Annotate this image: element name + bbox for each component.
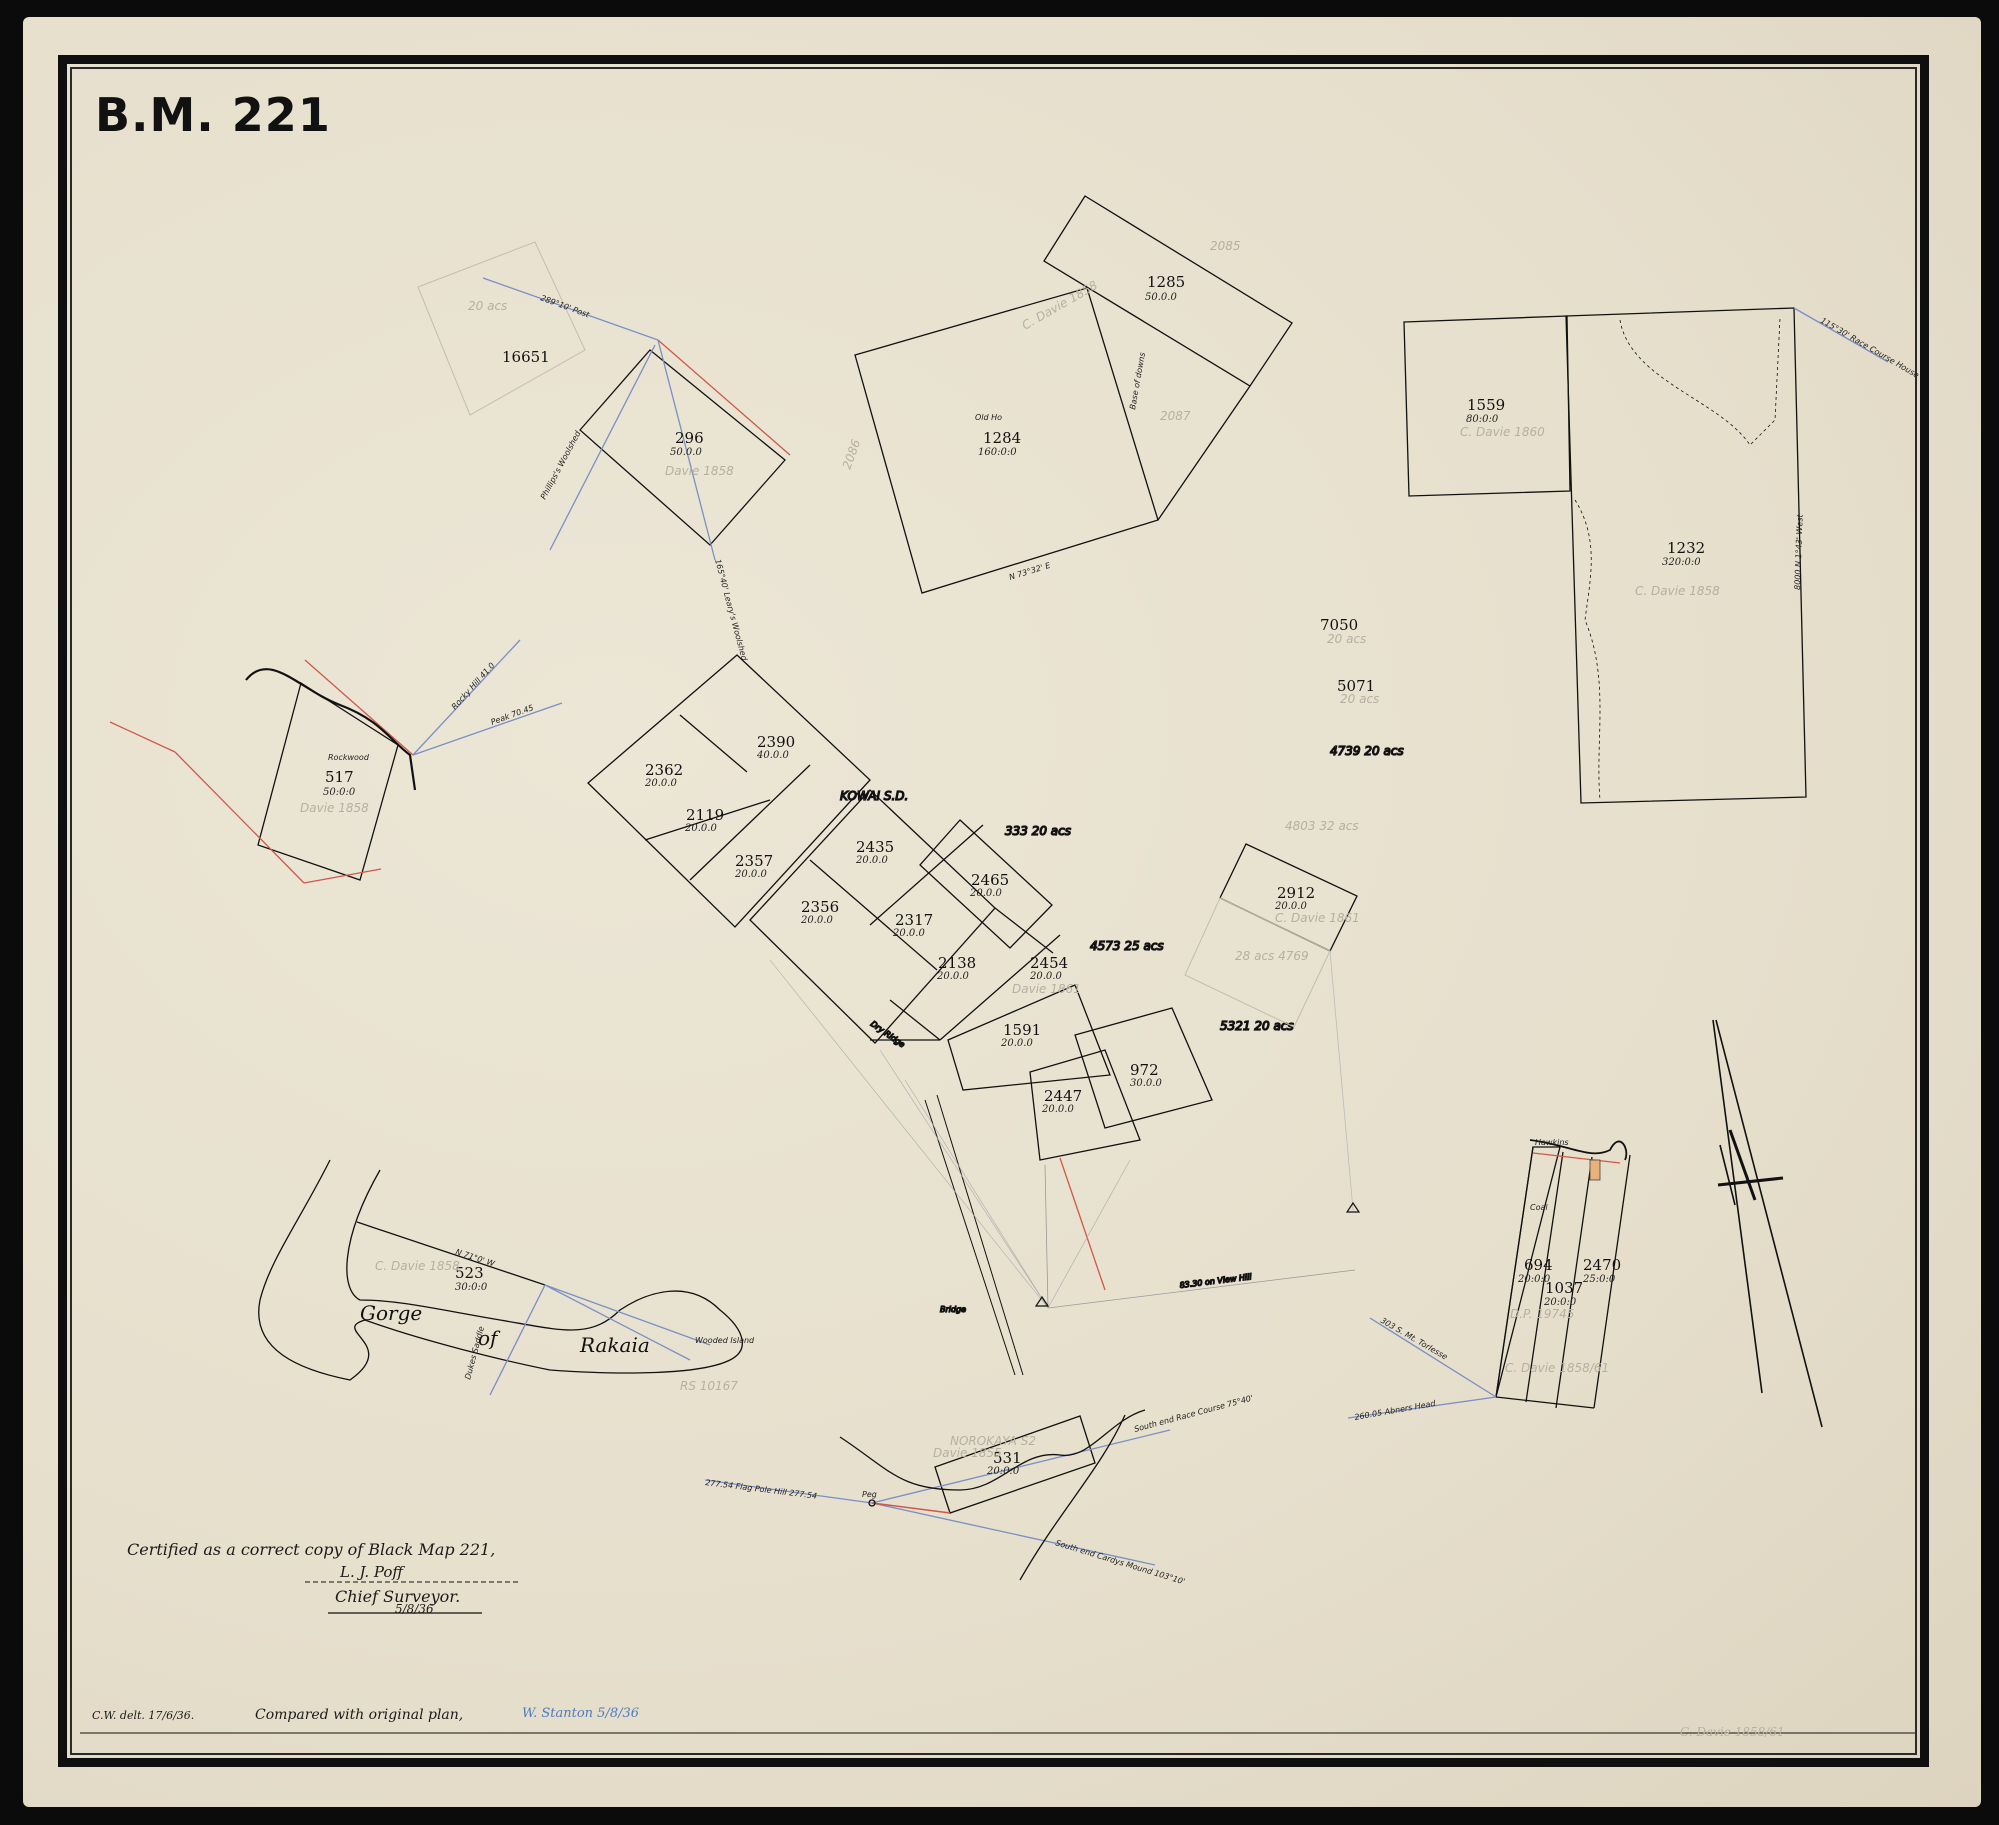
- lot-2362[interactable]: 236220.0.0: [644, 761, 683, 789]
- svg-text:2357: 2357: [735, 852, 773, 870]
- lot-2317[interactable]: 231720.0.0: [892, 911, 933, 939]
- lot-1559[interactable]: 1559 80:0:0 C. Davie 1860: [1404, 316, 1570, 496]
- lot-1591[interactable]: 159120.0.0: [1000, 1021, 1041, 1049]
- pencil-kowai: KOWAI S.D.: [840, 789, 908, 803]
- svg-text:2119: 2119: [686, 806, 724, 824]
- svg-text:2470: 2470: [1583, 1256, 1621, 1274]
- bridge-label: Bridge: [940, 1305, 966, 1314]
- svg-text:2465: 2465: [971, 871, 1009, 889]
- svg-text:20.0.0: 20.0.0: [892, 928, 925, 939]
- svg-text:2435: 2435: [856, 838, 894, 856]
- svg-text:1232: 1232: [1667, 539, 1705, 557]
- svg-text:C. Davie 1858: C. Davie 1858: [1635, 584, 1720, 598]
- svg-text:Davie 1855: Davie 1855: [933, 1446, 1002, 1460]
- svg-text:2317: 2317: [895, 911, 933, 929]
- svg-text:320:0:0: 320:0:0: [1662, 557, 1701, 568]
- pencil-4739: 4739 20 acs: [1330, 744, 1404, 758]
- lot-2454[interactable]: 245420.0.0Davie 1861: [1012, 954, 1081, 996]
- building-marker-icon: [1590, 1160, 1600, 1180]
- svg-text:Davie 1861: Davie 1861: [1012, 982, 1081, 996]
- svg-text:28 acs 4769: 28 acs 4769: [1235, 949, 1309, 963]
- svg-text:20.0.0: 20.0.0: [734, 869, 767, 880]
- svg-text:RS 10167: RS 10167: [680, 1379, 738, 1393]
- svg-text:C. Davie 1858: C. Davie 1858: [375, 1259, 460, 1273]
- svg-text:296: 296: [675, 429, 704, 447]
- lot-block-kowai: [588, 655, 1355, 1375]
- svg-text:16651: 16651: [502, 348, 550, 366]
- svg-text:1559: 1559: [1467, 396, 1505, 414]
- svg-text:Old Ho: Old Ho: [975, 413, 1002, 422]
- svg-text:20:0:0: 20:0:0: [1543, 1297, 1577, 1308]
- svg-text:50.0.0: 50.0.0: [670, 447, 702, 458]
- svg-text:2356: 2356: [801, 898, 839, 916]
- svg-text:C. Davie 1858: C. Davie 1858: [1020, 278, 1101, 333]
- lot-2356[interactable]: 235620.0.0: [800, 898, 839, 926]
- svg-text:C. Davie 1858/61: C. Davie 1858/61: [1505, 1361, 1609, 1375]
- svg-text:517: 517: [325, 768, 354, 786]
- svg-text:25:0:0: 25:0:0: [1582, 1274, 1616, 1285]
- lot-1284[interactable]: 1284 160:0:0 Old Ho C. Davie 1858 2087 2…: [840, 278, 1250, 593]
- svg-text:160:0:0: 160:0:0: [978, 447, 1017, 458]
- svg-text:2390: 2390: [757, 733, 795, 751]
- svg-text:8000 N 1°43' West: 8000 N 1°43' West: [1793, 513, 1805, 590]
- lot-2435[interactable]: 243520.0.0: [855, 838, 894, 866]
- lot-1037[interactable]: 103720:0:0: [1543, 1279, 1583, 1308]
- svg-text:277.54 Flag Pole Hill 277.54: 277.54 Flag Pole Hill 277.54: [705, 1478, 818, 1501]
- svg-text:20.0.0: 20.0.0: [1000, 1038, 1033, 1049]
- svg-text:1285: 1285: [1147, 273, 1185, 291]
- lot-296[interactable]: 296 50.0.0 Davie 1858 289°10' Post Phill…: [483, 278, 790, 662]
- svg-text:289°10' Post: 289°10' Post: [539, 293, 591, 319]
- svg-text:20 acs: 20 acs: [1340, 692, 1379, 706]
- certification-signature: L. J. Poff: [340, 1563, 403, 1581]
- svg-text:50.0.0: 50.0.0: [1145, 292, 1177, 303]
- svg-text:4803 32 acs: 4803 32 acs: [1285, 819, 1359, 833]
- svg-text:2447: 2447: [1044, 1087, 1082, 1105]
- svg-text:20.0.0: 20.0.0: [936, 971, 969, 982]
- lot-7050[interactable]: 7050 20 acs: [1320, 616, 1366, 646]
- svg-text:Coal: Coal: [1530, 1203, 1548, 1212]
- svg-text:30:0:0: 30:0:0: [455, 1282, 488, 1293]
- svg-text:20 acs: 20 acs: [1327, 632, 1366, 646]
- svg-text:115°30' Race Course House: 115°30' Race Course House: [1819, 316, 1921, 380]
- compared-signature: W. Stanton 5/8/36: [522, 1706, 639, 1721]
- svg-text:C. Davie 1860: C. Davie 1860: [1460, 425, 1545, 439]
- svg-text:972: 972: [1130, 1061, 1159, 1079]
- draughtsman-note: C.W. delt. 17/6/36.: [92, 1709, 194, 1722]
- lot-2119[interactable]: 211920.0.0: [684, 806, 724, 834]
- svg-text:Rockwood: Rockwood: [328, 753, 370, 762]
- svg-text:Phillips's Woolshed: Phillips's Woolshed: [539, 429, 583, 501]
- svg-text:2086: 2086: [840, 437, 864, 471]
- svg-text:694: 694: [1524, 1256, 1553, 1274]
- svg-text:Wooded Island: Wooded Island: [695, 1336, 755, 1345]
- svg-text:30.0.0: 30.0.0: [1130, 1078, 1162, 1089]
- svg-text:2087: 2087: [1160, 409, 1191, 423]
- svg-text:Davie 1858: Davie 1858: [665, 464, 734, 478]
- lot-531[interactable]: 531 20:0:0 NOROKAYA S2 Davie 1855 277.54…: [705, 1393, 1254, 1586]
- svg-text:Dukes Saddle: Dukes Saddle: [463, 1325, 486, 1380]
- svg-text:2912: 2912: [1277, 884, 1315, 902]
- certification-date: 5/8/36: [395, 1602, 434, 1616]
- svg-text:20:0:0: 20:0:0: [986, 1466, 1020, 1477]
- svg-text:260.05 Abners Head: 260.05 Abners Head: [1354, 1399, 1437, 1422]
- lot-2390[interactable]: 239040.0.0: [756, 733, 795, 761]
- lot-972[interactable]: 97230.0.0: [1130, 1061, 1162, 1089]
- lot-5071[interactable]: 5071 20 acs: [1337, 677, 1379, 706]
- svg-text:South end Cardys Mound 103°10': South end Cardys Mound 103°10': [1054, 1538, 1186, 1586]
- svg-text:Davie 1858: Davie 1858: [300, 801, 369, 815]
- lot-1232[interactable]: 1232 320:0:0 C. Davie 1858 115°30' Race …: [1566, 308, 1921, 803]
- svg-text:303 S. Mt. Torlesse: 303 S. Mt. Torlesse: [1379, 1316, 1449, 1362]
- certification-text: Certified as a correct copy of Black Map…: [127, 1540, 495, 1559]
- svg-text:80:0:0: 80:0:0: [1466, 414, 1499, 425]
- svg-text:2362: 2362: [645, 761, 683, 779]
- svg-text:40.0.0: 40.0.0: [756, 750, 789, 761]
- svg-text:1284: 1284: [983, 429, 1021, 447]
- svg-text:2085: 2085: [1210, 239, 1241, 253]
- meridian-arrow-icon: [1713, 1020, 1822, 1427]
- svg-text:Rakaia: Rakaia: [579, 1333, 650, 1357]
- lot-2912[interactable]: 2912 20.0.0 C. Davie 1861 28 acs 4769 48…: [1185, 819, 1360, 1212]
- lot-2447[interactable]: 244720.0.0: [1041, 1087, 1082, 1115]
- svg-text:Peg: Peg: [862, 1490, 877, 1499]
- svg-text:20.0.0: 20.0.0: [644, 778, 677, 789]
- svg-text:20.0.0: 20.0.0: [684, 823, 717, 834]
- svg-text:C. Davie 1861: C. Davie 1861: [1275, 911, 1360, 925]
- svg-text:2138: 2138: [938, 954, 976, 972]
- pencil-4573: 4573 25 acs: [1090, 939, 1164, 953]
- svg-text:Rocky Hill 41.0: Rocky Hill 41.0: [450, 661, 497, 711]
- lot-517[interactable]: 517 50:0:0 Davie 1858 Rockwood Rocky Hil…: [110, 640, 562, 883]
- svg-text:Base of downs: Base of downs: [1128, 352, 1147, 411]
- compared-note: Compared with original plan,: [255, 1707, 463, 1723]
- svg-text:2454: 2454: [1030, 954, 1068, 972]
- lot-2357[interactable]: 235720.0.0: [734, 852, 773, 880]
- svg-text:50:0:0: 50:0:0: [323, 787, 356, 798]
- lot-2465[interactable]: 246520.0.0: [969, 871, 1009, 899]
- pencil-333: 333 20 acs: [1005, 824, 1071, 838]
- lot-523[interactable]: 523 30:0:0 C. Davie 1858 Gorge of Rakaia…: [259, 1160, 755, 1395]
- lot-16651[interactable]: 16651 20 acs: [418, 242, 585, 415]
- pencil-footer-note: C. Davie 1858/61: [1680, 1725, 1785, 1739]
- svg-text:165°40' Leary's Woolshed: 165°40' Leary's Woolshed: [713, 558, 749, 662]
- svg-text:20.0.0: 20.0.0: [800, 915, 833, 926]
- svg-text:20 acs: 20 acs: [468, 299, 507, 313]
- svg-text:20.0.0: 20.0.0: [1029, 971, 1062, 982]
- svg-text:20.0.0: 20.0.0: [1041, 1104, 1074, 1115]
- svg-text:20.0.0: 20.0.0: [855, 855, 888, 866]
- lot-2138[interactable]: 213820.0.0: [936, 954, 976, 982]
- svg-text:D.P. 19745: D.P. 19745: [1510, 1307, 1574, 1321]
- svg-text:Hawkins: Hawkins: [1535, 1138, 1569, 1147]
- svg-text:1591: 1591: [1003, 1021, 1041, 1039]
- svg-text:South end Race Course 75°40': South end Race Course 75°40': [1133, 1393, 1254, 1433]
- lot-2470[interactable]: 247025:0:0: [1582, 1256, 1621, 1285]
- dry-ridge-label: Dry Ridge: [869, 1019, 907, 1049]
- svg-text:20.0.0: 20.0.0: [969, 888, 1002, 899]
- svg-text:Gorge: Gorge: [360, 1301, 422, 1325]
- svg-text:1037: 1037: [1545, 1279, 1583, 1297]
